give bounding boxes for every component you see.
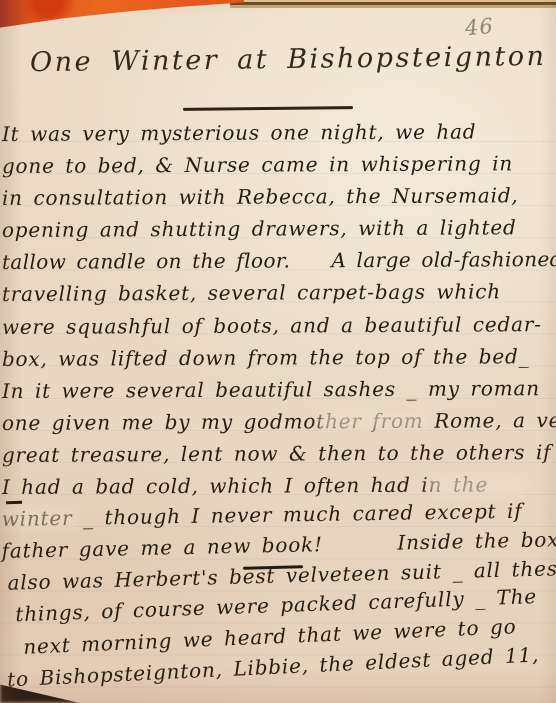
manuscript-line: tallow candle on the floor. A large old-… xyxy=(0,243,556,278)
manuscript-line: opening and shutting drawers, with a lig… xyxy=(0,211,556,246)
page-number: 46 xyxy=(464,14,495,40)
title-underline xyxy=(183,106,353,110)
manuscript-line: great treasure, lent now & then to the o… xyxy=(0,436,556,471)
manuscript-line: It was very mysterious one night, we had xyxy=(0,115,556,150)
page-title: One Winter at Bishopsteignton xyxy=(30,41,547,78)
manuscript-line: box, was lifted down from the top of the… xyxy=(0,340,556,375)
orange-backdrop xyxy=(0,0,244,30)
manuscript-line: in consultation with Rebecca, the Nursem… xyxy=(0,179,556,214)
manuscript-line: travelling basket, several carpet-bags w… xyxy=(0,275,556,310)
manuscript-line: one given me by my godmother from Rome, … xyxy=(0,404,556,439)
manuscript-line: gone to bed, & Nurse came in whispering … xyxy=(0,147,556,182)
notebook-edge xyxy=(230,0,556,8)
manuscript-line: In it were several beautiful sashes _ my… xyxy=(0,372,556,407)
manuscript-text: It was very mysterious one night, we had… xyxy=(0,118,556,696)
manuscript-page-photo: 46 One Winter at Bishopsteignton It was … xyxy=(0,0,556,703)
manuscript-line: were squashful of boots, and a beautiful… xyxy=(0,308,556,343)
